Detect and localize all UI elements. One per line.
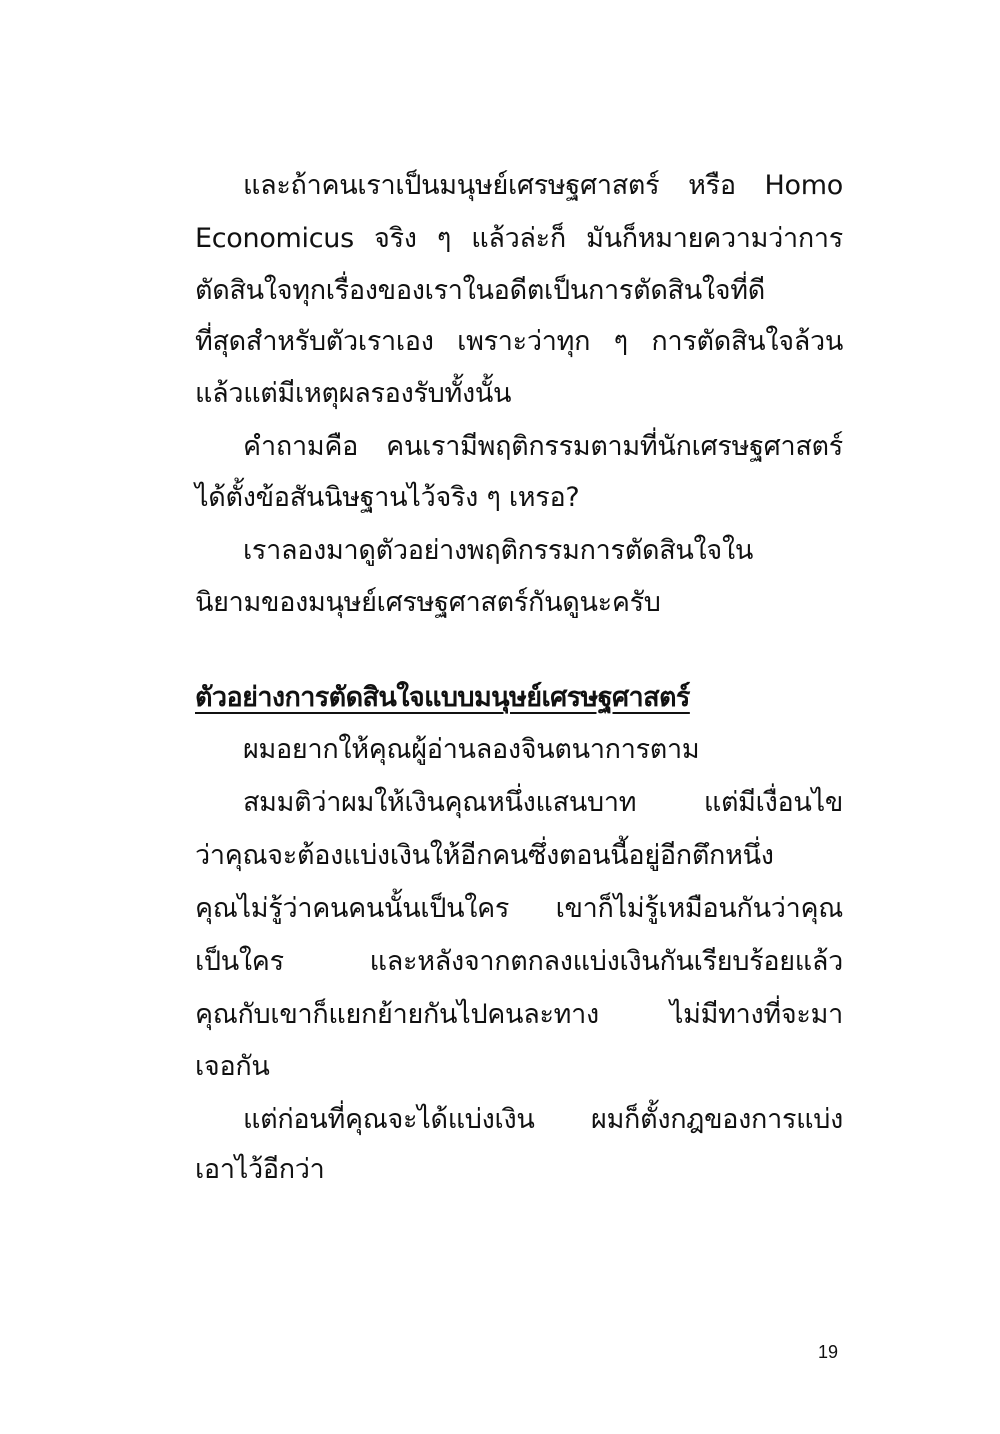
section-paragraph-2-line-6: เจอกัน	[195, 1041, 843, 1093]
section-paragraph-2-line-4: เป็นใคร และหลังจากตกลงแบ่งเงินกันเรียบร้…	[195, 936, 843, 988]
section-paragraph-2-line-1: สมมติว่าผมให้เงินคุณหนึ่งแสนบาท แต่มีเงื…	[243, 777, 843, 829]
section-paragraph-2-line-2: ว่าคุณจะต้องแบ่งเงินให้อีกคนซึ่งตอนนี้อย…	[195, 830, 843, 882]
paragraph-1-line-3: ตัดสินใจทุกเรื่องของเราในอดีตเป็นการตัดส…	[195, 265, 843, 317]
paragraph-1-line-4: ที่สุดสำหรับตัวเราเอง เพราะว่าทุก ๆ การต…	[195, 316, 843, 368]
section-paragraph-3-line-1: แต่ก่อนที่คุณจะได้แบ่งเงิน ผมก็ตั้งกฎของ…	[243, 1094, 843, 1146]
section-paragraph-2-line-5: คุณกับเขาก็แยกย้ายกันไปคนละทาง ไม่มีทางท…	[195, 989, 843, 1041]
section-paragraph-2-line-3: คุณไม่รู้ว่าคนคนนั้นเป็นใคร เขาก็ไม่รู้เ…	[195, 883, 843, 935]
section-paragraph-3-line-2: เอาไว้อีกว่า	[195, 1144, 843, 1196]
section-paragraph-1-line-1: ผมอยากให้คุณผู้อ่านลองจินตนาการตาม	[243, 724, 843, 776]
book-page: และถ้าคนเราเป็นมนุษย์เศรษฐศาสตร์ หรือ Ho…	[0, 0, 1000, 1434]
section-heading: ตัวอย่างการตัดสินใจแบบมนุษย์เศรษฐศาสตร์	[195, 672, 690, 724]
paragraph-2-line-2: ได้ตั้งข้อสันนิษฐานไว้จริง ๆ เหรอ?	[195, 472, 843, 524]
page-number: 19	[818, 1342, 838, 1363]
paragraph-1-line-5: แล้วแต่มีเหตุผลรองรับทั้งนั้น	[195, 368, 843, 420]
paragraph-2-line-1: คำถามคือ คนเรามีพฤติกรรมตามที่นักเศรษฐศา…	[243, 421, 843, 473]
paragraph-1-line-2: Economicus จริง ๆ แล้วล่ะก็ มันก็หมายควา…	[195, 213, 843, 265]
paragraph-3-line-1: เราลองมาดูตัวอย่างพฤติกรรมการตัดสินใจใน	[243, 525, 843, 577]
paragraph-3-line-2: นิยามของมนุษย์เศรษฐศาสตร์กันดูนะครับ	[195, 577, 843, 629]
paragraph-1-line-1: และถ้าคนเราเป็นมนุษย์เศรษฐศาสตร์ หรือ Ho…	[243, 160, 843, 212]
